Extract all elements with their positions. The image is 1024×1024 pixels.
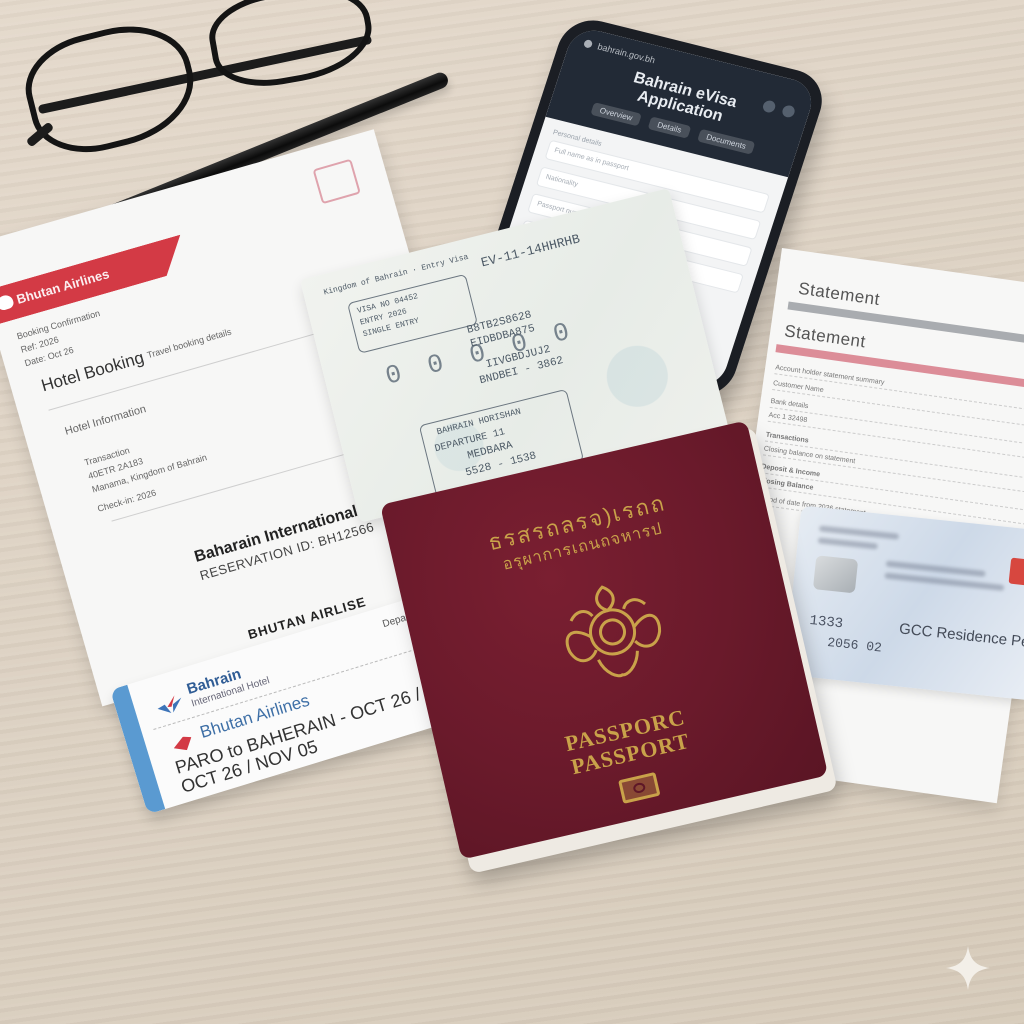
tab-overview[interactable]: Overview [590,102,642,126]
card-emblem-icon [1009,558,1024,588]
card-text-blurred [819,525,899,539]
card-number-secondary: 2056 02 [827,635,883,656]
document-stamp [313,159,361,205]
card-text-blurred [884,572,1004,591]
section-label: Hotel Information [64,403,148,438]
user-icon[interactable] [761,99,776,113]
hotel-logo-icon [155,694,185,719]
airline-logo-icon [171,734,194,753]
menu-icon[interactable] [781,104,796,118]
biometric-chip-icon [618,772,660,804]
card-label: GCC Residence Permit [898,620,1024,653]
hotel-booking-subtitle: Travel booking details [146,327,233,361]
glasses-lens-right [203,0,379,95]
eyeglasses [5,0,405,160]
tab-documents[interactable]: Documents [697,129,756,155]
residence-permit-card: 1333 GCC Residence Permit 2056 02 [784,505,1024,700]
card-chip-icon [813,555,858,593]
tab-details[interactable]: Details [648,116,691,138]
card-number: 1333 [809,613,844,632]
coat-of-arms-icon [541,564,683,698]
glasses-lens-left [15,12,205,166]
lock-icon [583,39,593,49]
sparkle-icon [944,944,992,992]
card-text-blurred [818,537,878,549]
